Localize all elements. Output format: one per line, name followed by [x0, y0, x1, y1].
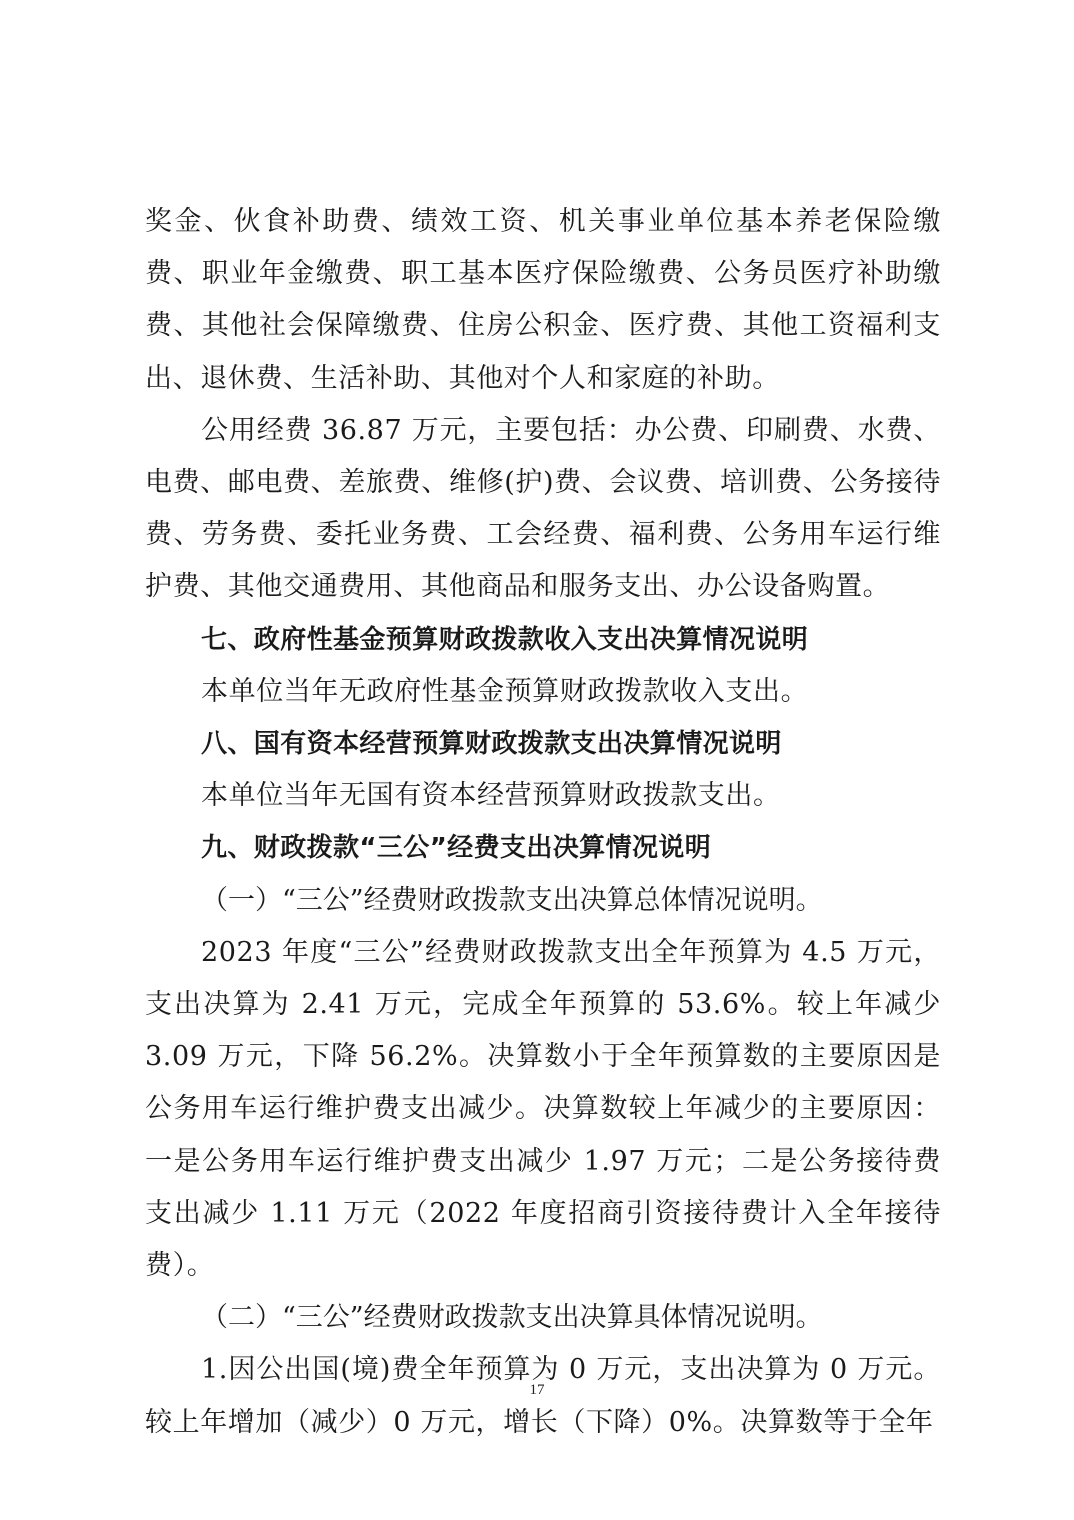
- paragraph-three-public-overall: 2023 年度“三公”经费财政拨款支出全年预算为 4.5 万元，支出决算为 2.…: [145, 927, 941, 1292]
- paragraph-section-8-body: 本单位当年无国有资本经营预算财政拨款支出。: [145, 770, 941, 822]
- document-page: 奖金、伙食补助费、绩效工资、机关事业单位基本养老保险缴费、职业年金缴费、职工基本…: [145, 196, 941, 1449]
- subheading-specific: （二）“三公”经费财政拨款支出决算具体情况说明。: [145, 1292, 941, 1344]
- section-heading-9: 九、财政拨款“三公”经费支出决算情况说明: [145, 822, 941, 874]
- paragraph-section-7-body: 本单位当年无政府性基金预算财政拨款收入支出。: [145, 666, 941, 718]
- section-heading-7: 七、政府性基金预算财政拨款收入支出决算情况说明: [145, 614, 941, 666]
- page-number: 17: [0, 1382, 1074, 1399]
- subheading-overall: （一）“三公”经费财政拨款支出决算总体情况说明。: [145, 875, 941, 927]
- section-heading-8: 八、国有资本经营预算财政拨款支出决算情况说明: [145, 718, 941, 770]
- paragraph-public-expenses: 公用经费 36.87 万元，主要包括：办公费、印刷费、水费、电费、邮电费、差旅费…: [145, 405, 941, 614]
- paragraph-personnel-expenses-continuation: 奖金、伙食补助费、绩效工资、机关事业单位基本养老保险缴费、职业年金缴费、职工基本…: [145, 196, 941, 405]
